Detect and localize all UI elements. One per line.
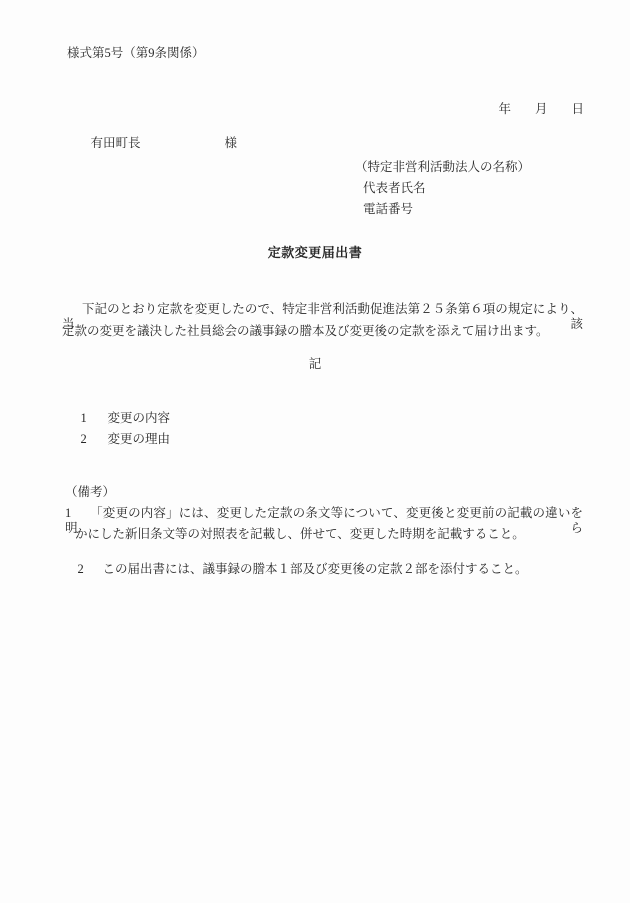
sender-representative-label: 代表者氏名 (363, 181, 426, 196)
record-marker: 記 (0, 357, 630, 372)
sender-org-name-label: （特定非営利活動法人の名称） (355, 160, 530, 175)
addressee-honorific: 様 (225, 136, 238, 150)
note-1-line2: かにした新旧条文等の対照表を記載し、併せて、変更した時期を記載すること。 (75, 527, 525, 542)
item-change-reason: 2変更の理由 (68, 417, 170, 462)
date-year-label: 年 (498, 102, 511, 116)
addressee-line: 有田町長様 (78, 121, 237, 166)
document-page: 様式第5号（第9条関係） 年月日 有田町長様 （特定非営利活動法人の名称） 代表… (0, 0, 630, 903)
addressee-name: 有田町長 (91, 136, 141, 150)
date-month-label: 月 (535, 102, 548, 116)
form-number: 様式第5号（第9条関係） (67, 46, 205, 61)
date-line: 年月日 (486, 87, 584, 132)
note-text: この届出書には、議事録の謄本１部及び変更後の定款２部を添付すること。 (103, 562, 528, 576)
date-day-label: 日 (571, 102, 584, 116)
note-number: 1 (65, 506, 90, 521)
note-number: 2 (78, 562, 103, 577)
note-2: 2この届出書には、議事録の謄本１部及び変更後の定款２部を添付すること。 (65, 547, 528, 592)
item-label: 変更の理由 (108, 432, 171, 446)
body-paragraph-line2: 定款の変更を議決した社員総会の議事録の謄本及び変更後の定款を添えて届け出ます。 (62, 324, 549, 339)
sender-phone-label: 電話番号 (363, 202, 413, 217)
notes-heading: （備考） (65, 485, 115, 500)
document-title: 定款変更届出書 (0, 245, 630, 260)
item-number: 2 (81, 432, 108, 447)
